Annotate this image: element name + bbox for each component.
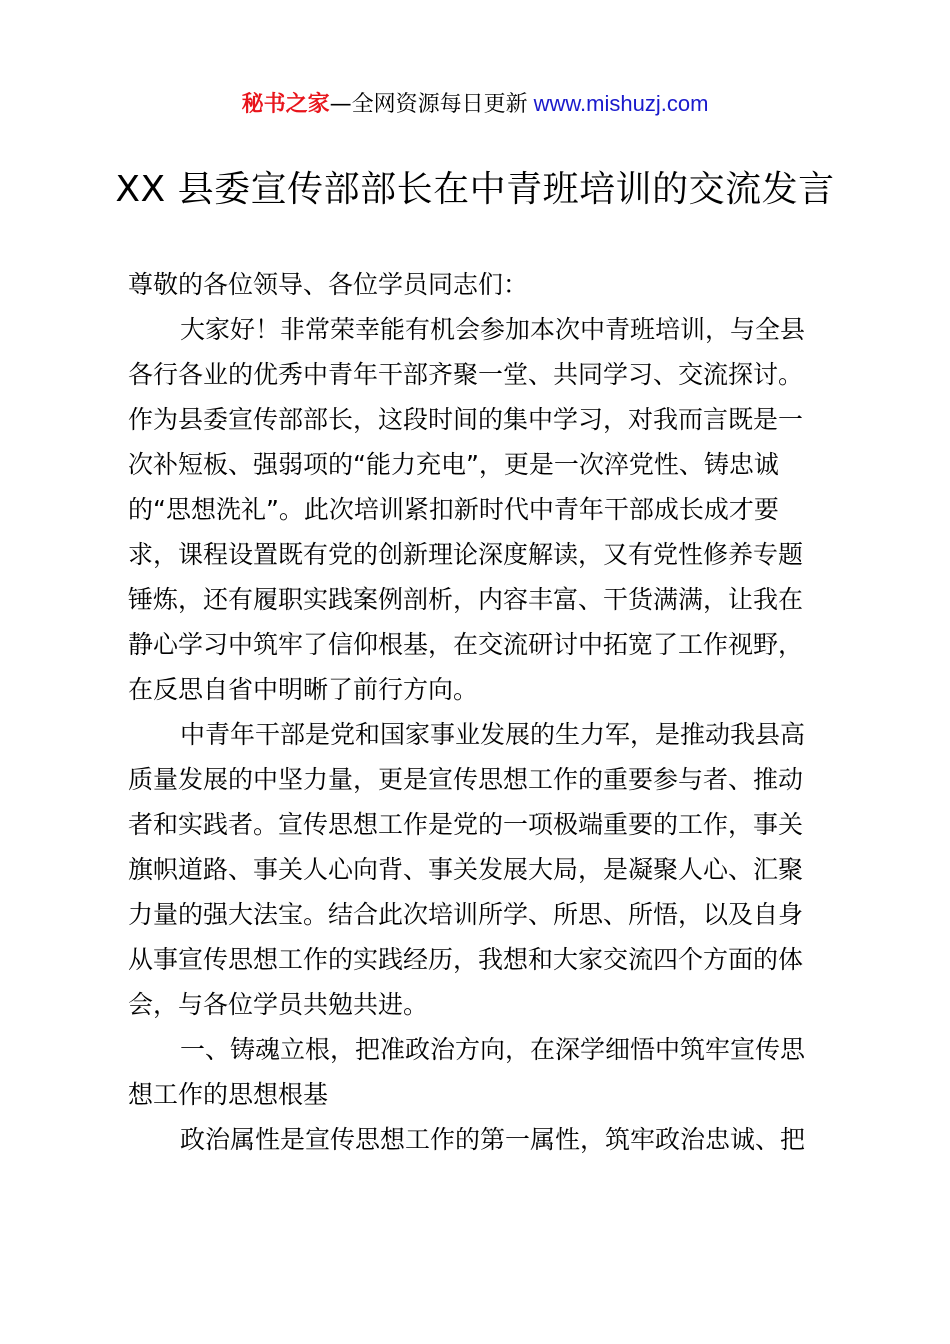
paragraph-line: 政治属性是宣传思想工作的第一属性，筑牢政治忠诚、把 xyxy=(128,1117,838,1162)
paragraph-line: 从事宣传思想工作的实践经历，我想和大家交流四个方面的体 xyxy=(128,937,838,982)
paragraph-line: 旗帜道路、事关人心向背、事关发展大局，是凝聚人心、汇聚 xyxy=(128,847,838,892)
section-heading-line: 想工作的思想根基 xyxy=(128,1072,838,1117)
paragraph-line: 各行各业的优秀中青年干部齐聚一堂、共同学习、交流探讨。 xyxy=(128,352,838,397)
paragraph-line: 次补短板、强弱项的“能力充电”，更是一次淬党性、铸忠诚 xyxy=(128,442,838,487)
document-body: 尊敬的各位领导、各位学员同志们： 大家好！非常荣幸能有机会参加本次中青班培训，与… xyxy=(128,262,838,1162)
salutation: 尊敬的各位领导、各位学员同志们： xyxy=(128,262,838,307)
paragraph-line: 质量发展的中坚力量，更是宣传思想工作的重要参与者、推动 xyxy=(128,757,838,802)
document-title: XX 县委宣传部部长在中青班培训的交流发言 xyxy=(0,166,950,214)
paragraph-line: 大家好！非常荣幸能有机会参加本次中青班培训，与全县 xyxy=(128,307,838,352)
brand-name: 秘书之家 xyxy=(242,92,330,117)
paragraph-line: 的“思想洗礼”。此次培训紧扣新时代中青年干部成长成才要 xyxy=(128,487,838,532)
paragraph-line: 中青年干部是党和国家事业发展的生力军，是推动我县高 xyxy=(128,712,838,757)
paragraph-line: 在反思自省中明晰了前行方向。 xyxy=(128,667,838,712)
paragraph-line: 作为县委宣传部部长，这段时间的集中学习，对我而言既是一 xyxy=(128,397,838,442)
header-tagline: —全网资源每日更新 xyxy=(330,92,528,117)
section-heading-line: 一、铸魂立根，把准政治方向，在深学细悟中筑牢宣传思 xyxy=(128,1027,838,1072)
paragraph-line: 静心学习中筑牢了信仰根基，在交流研讨中拓宽了工作视野， xyxy=(128,622,838,667)
site-url-link[interactable]: www.mishuzj.com xyxy=(534,91,709,116)
paragraph-line: 力量的强大法宝。结合此次培训所学、所思、所悟，以及自身 xyxy=(128,892,838,937)
paragraph-line: 锤炼，还有履职实践案例剖析，内容丰富、干货满满，让我在 xyxy=(128,577,838,622)
site-header: 秘书之家—全网资源每日更新www.mishuzj.com xyxy=(0,88,950,121)
paragraph-line: 求，课程设置既有党的创新理论深度解读，又有党性修养专题 xyxy=(128,532,838,577)
paragraph-line: 者和实践者。宣传思想工作是党的一项极端重要的工作，事关 xyxy=(128,802,838,847)
paragraph-line: 会，与各位学员共勉共进。 xyxy=(128,982,838,1027)
